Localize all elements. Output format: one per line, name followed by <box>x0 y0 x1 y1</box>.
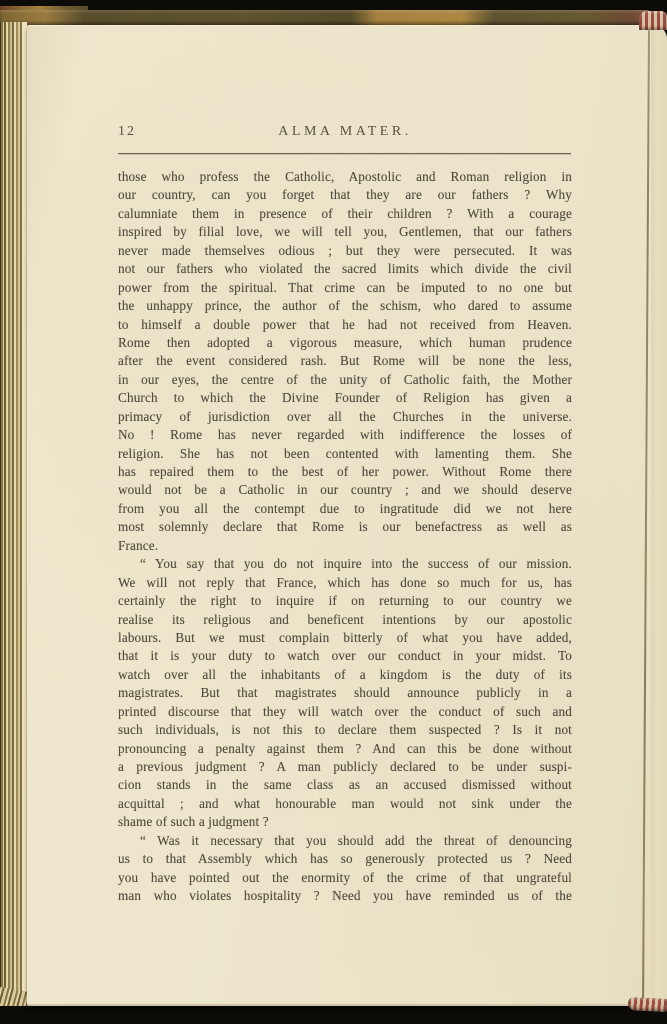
header-rule <box>118 153 571 154</box>
text-line: us to that Assembly which has so generou… <box>118 850 572 868</box>
book-page: 12 ALMA MATER. those who profess the Cat… <box>27 25 667 1006</box>
text-line: after the event considered rash. But Rom… <box>118 352 572 370</box>
text-line: the unhappy prince, the author of the sc… <box>118 297 572 315</box>
text-line: magistrates. But that magistrates should… <box>118 684 572 702</box>
text-line: in our eyes, the centre of the unity of … <box>118 371 572 389</box>
text-line: power from the spiritual. That crime can… <box>118 279 572 297</box>
text-line: to himself a double power that he had no… <box>118 316 572 334</box>
text-line: printed discourse that they will watch o… <box>118 703 572 721</box>
photo-background: 12 ALMA MATER. those who profess the Cat… <box>0 0 667 1024</box>
page-stack-left <box>0 22 27 1006</box>
text-line: “ Was it necessary that you should add t… <box>118 832 572 850</box>
text-line: those who profess the Catholic, Apostoli… <box>118 168 572 186</box>
text-line: religion. She has not been contented wit… <box>118 445 572 463</box>
text-line: calumniate them in presence of their chi… <box>118 205 572 223</box>
text-line: from you all the contempt due to ingrati… <box>118 500 572 518</box>
text-line: acquittal ; and what honourable man woul… <box>118 795 572 813</box>
text-line: cion stands in the same class as an accu… <box>118 776 572 794</box>
text-line: realise its religious and beneficent int… <box>118 611 572 629</box>
text-line: No ! Rome has never regarded with indiff… <box>118 426 572 444</box>
text-line: man who violates hospitality ? Need you … <box>118 887 572 905</box>
text-line: our country, can you forget that they ar… <box>118 186 572 204</box>
text-line: primacy of jurisdiction over all the Chu… <box>118 408 572 426</box>
text-line: such individuals, is not this to declare… <box>118 721 572 739</box>
text-line: never made themselves odious ; but they … <box>118 242 572 260</box>
text-line: inspired by filial love, we will tell yo… <box>118 223 572 241</box>
text-line: shame of such a judgment ? <box>118 813 572 831</box>
endband-bottom <box>628 997 667 1012</box>
facing-page-sliver <box>651 26 667 1004</box>
text-line: pronouncing a penalty against them ? And… <box>118 740 572 758</box>
text-line: would not be a Catholic in our country ;… <box>118 481 572 499</box>
text-line: that it is your duty to watch over our c… <box>118 647 572 665</box>
book-cover-top-edge <box>0 10 650 26</box>
text-line: a previous judgment ? A man publicly dec… <box>118 758 572 776</box>
text-line: certainly the right to inquire if on ret… <box>118 592 572 610</box>
text-line: We will not reply that France, which has… <box>118 574 572 592</box>
text-line: has repaired them to the best of her pow… <box>118 463 572 481</box>
text-line: watch over all the inhabitants of a king… <box>118 666 572 684</box>
text-line: France. <box>118 537 572 555</box>
text-line: most solemnly declare that Rome is our b… <box>118 518 572 536</box>
body-text: those who profess the Catholic, Apostoli… <box>118 168 572 906</box>
running-title: ALMA MATER. <box>118 124 572 140</box>
endband-top <box>639 11 667 30</box>
gutter-shadow-line <box>642 28 650 1000</box>
text-line: Church to which the Divine Founder of Re… <box>118 389 572 407</box>
text-line: you have pointed out the enormity of the… <box>118 869 572 887</box>
text-line: Rome then adopted a vigorous measure, wh… <box>118 334 572 352</box>
text-line: “ You say that you do not inquire into t… <box>118 555 572 573</box>
text-line: labours. But we must complain bitterly o… <box>118 629 572 647</box>
text-line: not our fathers who violated the sacred … <box>118 260 572 278</box>
